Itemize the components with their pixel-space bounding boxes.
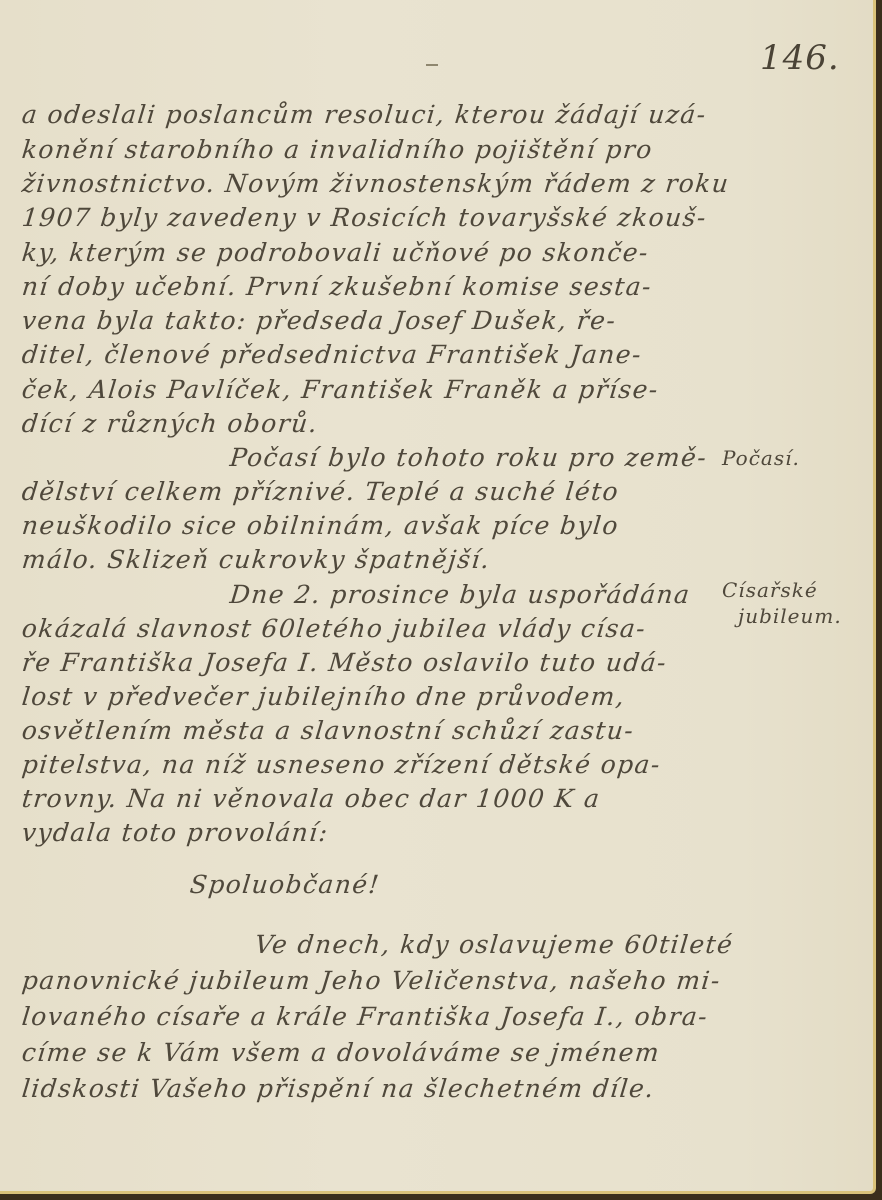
text-line: panovnické jubileum Jeho Veličenstva, na… [20,966,722,995]
text-line: Počasí bylo tohoto roku pro země- [228,443,708,472]
text-line: Ve dnech, kdy oslavujeme 60tileté [253,930,734,959]
text-line: dělství celkem příznivé. Teplé a suché l… [20,477,620,506]
text-line: ditel, členové předsednictva František J… [20,340,643,369]
text-line: Dne 2. prosince byla uspořádána [228,580,692,609]
page-number: 146. [760,38,840,78]
text-line: trovny. Na ni věnovala obec dar 1000 K a [20,784,601,813]
top-dash-mark [426,64,438,66]
text-line: pitelstva, na níž usneseno zřízení dětsk… [20,750,662,779]
margin-note-imperial: Císařské [722,578,818,602]
text-line: ček, Alois Pavlíček, František Franěk a … [20,375,660,404]
text-line: lost v předvečer jubilejního dne průvode… [20,682,626,711]
text-line: dící z různých oborů. [20,409,319,438]
text-line: vena byla takto: předseda Josef Dušek, ř… [20,306,617,335]
text-line: ře Františka Josefa I. Město oslavilo tu… [20,648,668,677]
text-line: konění starobního a invalidního pojištěn… [20,135,654,164]
text-line: címe se k Vám všem a dovoláváme se jméne… [20,1038,661,1067]
text-line: ky, kterým se podrobovali učňové po skon… [20,238,650,267]
text-line: ní doby učební. První zkušební komise se… [20,272,653,301]
text-line: 1907 byly zavedeny v Rosicích tovaryšské… [20,203,708,232]
text-line: a odeslali poslancům resoluci, kterou žá… [20,100,708,129]
text-line: lidskosti Vašeho přispění na šlechetném … [20,1074,656,1103]
text-line: osvětlením města a slavnostní schůzí zas… [20,716,635,745]
text-line: neuškodilo sice obilninám, avšak píce by… [20,511,620,540]
margin-note-jubileum: jubileum. [738,604,842,628]
text-line: vydala toto provolání: [20,818,330,847]
text-line: okázalá slavnost 60letého jubilea vlády … [20,614,647,643]
salutation: Spoluobčané! [188,870,381,899]
text-line: živnostnictvo. Novým živnostenským řádem… [20,169,730,198]
text-line: lovaného císaře a krále Františka Josefa… [20,1002,709,1031]
chronicle-page: 146. a odeslali poslancům resoluci, kter… [0,0,876,1194]
margin-note-weather: Počasí. [722,446,800,470]
text-line: málo. Sklizeň cukrovky špatnější. [20,545,491,574]
